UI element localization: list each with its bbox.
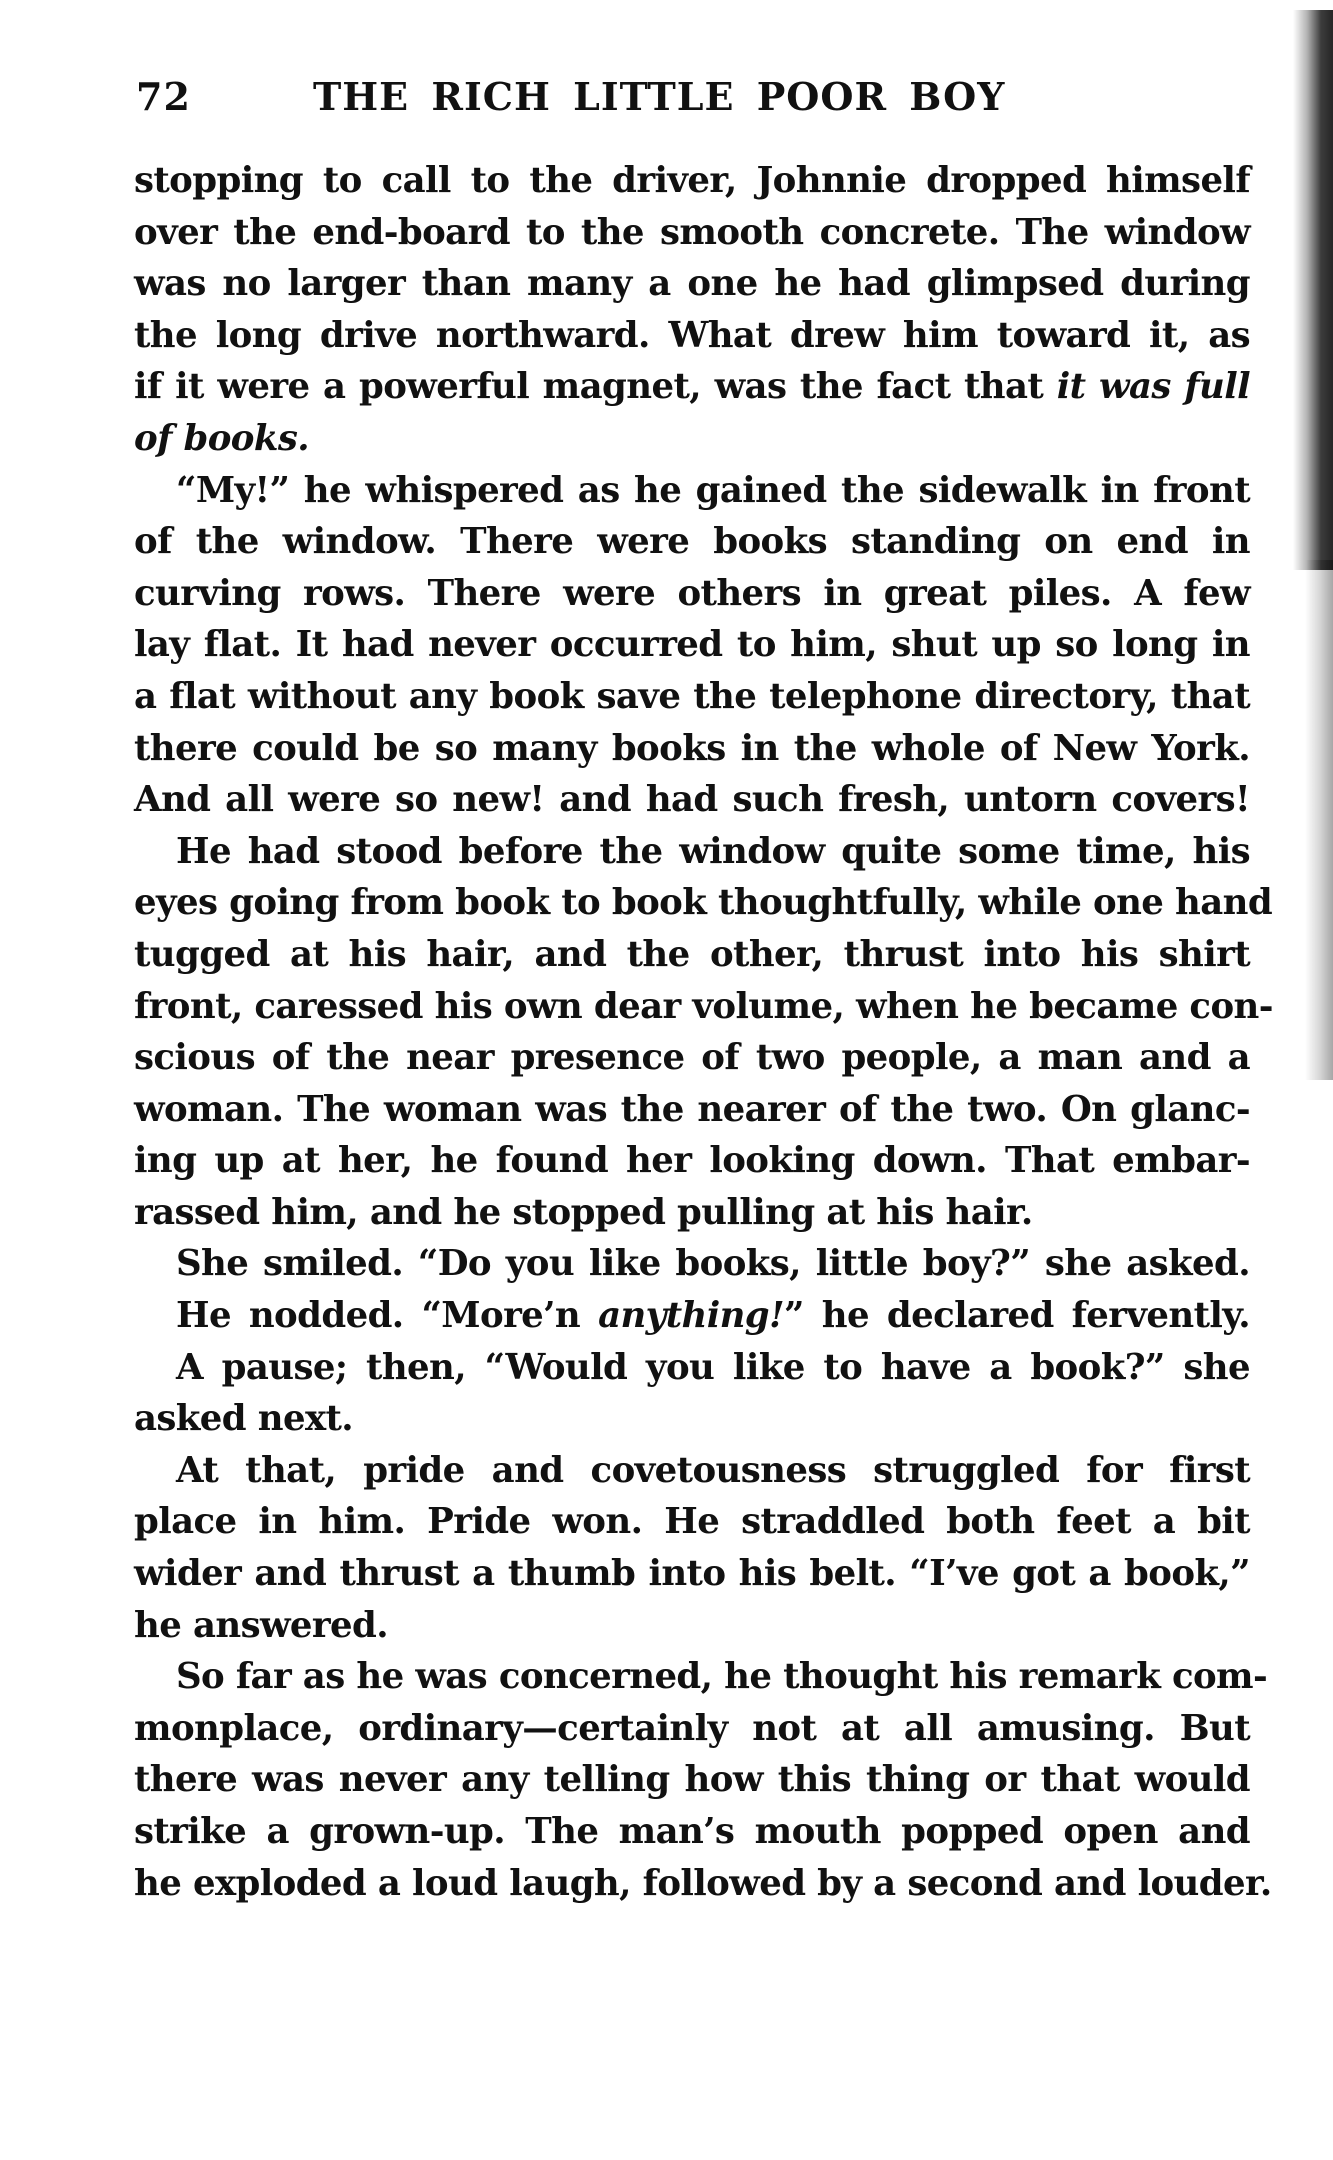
text-line: strike a grown-up. The man’s mouth poppe… — [134, 1806, 1250, 1858]
paragraph-first-line: She smiled. “Do you like books, little b… — [134, 1238, 1250, 1290]
text-line: he answered. — [134, 1600, 1250, 1652]
text-line: eyes going from book to book thoughtfull… — [134, 877, 1250, 929]
text-line: ing up at her, he found her looking down… — [134, 1135, 1250, 1187]
scan-shadow-edge-lower — [1305, 560, 1333, 1080]
text-line: if it were a powerful magnet, was the fa… — [134, 361, 1250, 413]
paragraph-first-line: He had stood before the window quite som… — [134, 826, 1250, 878]
text-run: He nodded. “More’n — [176, 1295, 598, 1336]
text-line: stopping to call to the driver, Johnnie … — [134, 155, 1250, 207]
text-line: And all were so new! and had such fresh,… — [134, 774, 1250, 826]
italic-run: anything! — [598, 1295, 784, 1336]
scan-shadow-edge — [1293, 10, 1333, 570]
text-line: front, caressed his own dear volume, whe… — [134, 981, 1250, 1033]
paragraph-first-line: At that, pride and covetousness struggle… — [134, 1445, 1250, 1497]
body-text: stopping to call to the driver, Johnnie … — [134, 155, 1250, 1909]
paragraph-first-line: “My!” he whispered as he gained the side… — [134, 465, 1250, 517]
text-line: woman. The woman was the nearer of the t… — [134, 1084, 1250, 1136]
text-line: a flat without any book save the telepho… — [134, 671, 1250, 723]
paragraph-first-line: So far as he was concerned, he thought h… — [134, 1651, 1250, 1703]
text-line: of the window. There were books standing… — [134, 516, 1250, 568]
book-title: THE RICH LITTLE POOR BOY — [313, 72, 1005, 122]
text-line: rassed him, and he stopped pulling at hi… — [134, 1187, 1250, 1239]
italic-run: it was full — [1057, 366, 1250, 407]
text-line: curving rows. There were others in great… — [134, 568, 1250, 620]
paragraph-first-line: A pause; then, “Would you like to have a… — [134, 1342, 1250, 1394]
text-line: monplace, ordinary—certainly not at all … — [134, 1703, 1250, 1755]
text-line: over the end-board to the smooth concret… — [134, 207, 1250, 259]
running-head: 72 THE RICH LITTLE POOR BOY — [136, 72, 1246, 122]
text-line: there could be so many books in the whol… — [134, 723, 1250, 775]
text-run: ” he declared fervently. — [784, 1295, 1250, 1336]
text-run: if it were a powerful magnet, was the fa… — [134, 366, 1057, 407]
text-line: tugged at his hair, and the other, thrus… — [134, 929, 1250, 981]
text-line: wider and thrust a thumb into his belt. … — [134, 1548, 1250, 1600]
book-page: 72 THE RICH LITTLE POOR BOY stopping to … — [0, 0, 1333, 2160]
paragraph-first-line: He nodded. “More’n anything!” he declare… — [134, 1290, 1250, 1342]
text-line: there was never any telling how this thi… — [134, 1754, 1250, 1806]
text-line: of books. — [134, 413, 1250, 465]
italic-run: of books. — [134, 418, 309, 459]
text-line: he exploded a loud laugh, followed by a … — [134, 1858, 1250, 1910]
text-line: place in him. Pride won. He straddled bo… — [134, 1496, 1250, 1548]
text-line: was no larger than many a one he had gli… — [134, 258, 1250, 310]
text-line: asked next. — [134, 1393, 1250, 1445]
page-number: 72 — [136, 72, 191, 122]
text-line: the long drive northward. What drew him … — [134, 310, 1250, 362]
text-line: lay flat. It had never occurred to him, … — [134, 619, 1250, 671]
text-line: scious of the near presence of two peopl… — [134, 1032, 1250, 1084]
